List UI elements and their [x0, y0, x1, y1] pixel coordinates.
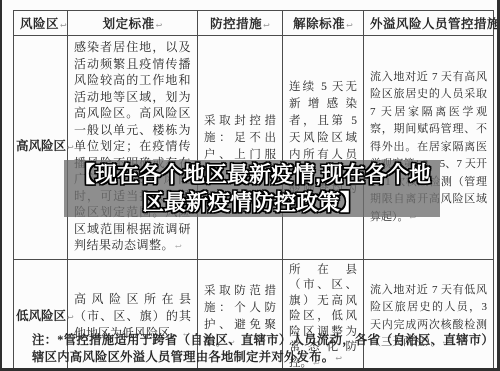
col-header-spillover-control: 外溢风险人员管控措施*↩ [364, 11, 494, 36]
document-page: 风险区↩ 划定标准↩ 防控措施↩ 解除标准↩ 外溢风险人员管控措施*↩ 高风险区… [0, 0, 500, 371]
cell-high-risk-spillover: 流入地对近 7 天有高风险区旅居史的人员采取 7 天居家隔离医学观察，期间赋码管… [364, 36, 494, 260]
footnote: 注：*管控措施适用于跨省（自治区、直辖市）人员流动，各省（自治区、直辖市）辖区内… [32, 332, 494, 367]
paragraph-mark: ↩ [60, 21, 67, 30]
col-header-risk-zone: 风险区↩ [14, 11, 68, 36]
watermark-line-1: 【现在各个地区最新疫情,现在各个地 [73, 161, 431, 189]
cell-high-risk-release: 连续 5 天无新增感染者，且第 5 天风险区域内所有人员完成一轮核酸筛查均为阴性… [283, 36, 364, 260]
table-header-row: 风险区↩ 划定标准↩ 防控措施↩ 解除标准↩ 外溢风险人员管控措施*↩ [14, 11, 494, 36]
watermark-line-2: 区最新疫情防控政策】 [142, 189, 362, 217]
paragraph-mark: ↩ [346, 21, 353, 30]
paragraph-mark: ↩ [156, 21, 163, 30]
col-header-release-criteria: 解除标准↩ [283, 11, 364, 36]
col-header-control-measures: 防控措施↩ [198, 11, 283, 36]
table-row-high-risk: 高风险区↩ 感染者居住地，以及活动频繁且疫情传播风险较高的工作地和活动地等区域，… [14, 36, 494, 260]
cell-high-risk-criteria: 感染者居住地，以及活动频繁且疫情传播风险较高的工作地和活动地等区域，划为高风险区… [68, 36, 198, 260]
col-header-designation-criteria: 划定标准↩ [68, 11, 198, 36]
stray-punctuation-mark: · [496, 21, 499, 32]
paragraph-mark: ↩ [175, 242, 182, 251]
paragraph-mark: ↩ [263, 21, 270, 30]
cell-high-risk-zone-label: 高风险区↩ [14, 36, 68, 260]
paragraph-mark: ↩ [335, 354, 342, 363]
paragraph-mark: ↩ [67, 313, 74, 322]
cell-high-risk-measures: 采取封控措施：足不出户、上门服务。↩ [198, 36, 283, 260]
watermark-banner: 【现在各个地区最新疫情,现在各个地 区最新疫情防控政策】 [64, 160, 440, 217]
paragraph-mark: ↩ [67, 143, 74, 152]
